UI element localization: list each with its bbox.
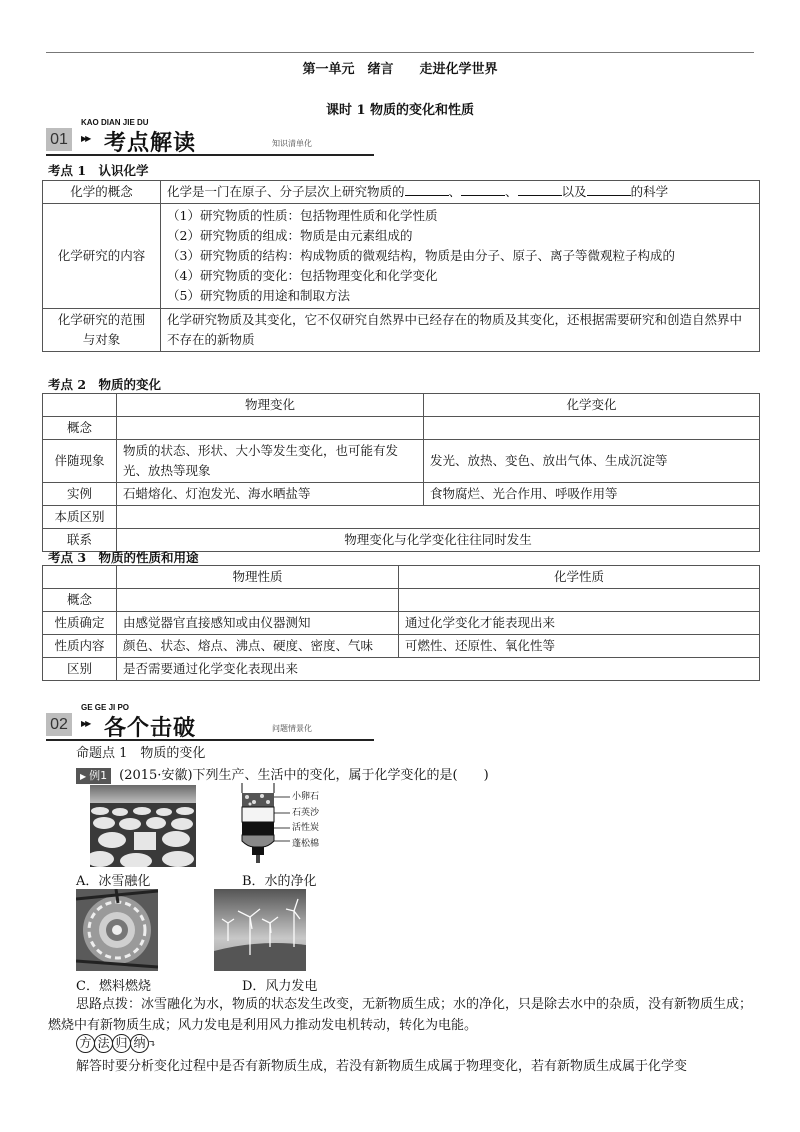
row-label: 实例: [43, 483, 117, 506]
table-row: 性质内容 颜色、状态、熔点、沸点、硬度、密度、气味 可燃性、还原性、氧化性等: [43, 635, 760, 658]
section-number: 02: [46, 713, 72, 736]
section-header-gegejipo: 02 GE GE JI PO ▶▶ 各个击破 问题情景化: [46, 703, 374, 741]
top-rule: [46, 52, 754, 53]
kaodian2-title: 考点 2 物质的变化: [48, 375, 161, 393]
proposition-title: 命题点 1 物质的变化: [76, 742, 205, 761]
double-arrow-icon: ▶▶: [81, 134, 89, 143]
fill-blank[interactable]: [587, 183, 631, 196]
row-label: 概念: [43, 589, 117, 612]
table-header-row: 物理性质 化学性质: [43, 566, 760, 589]
double-arrow-icon: ▶▶: [81, 719, 89, 728]
section-header-kaodian: 01 KAO DIAN JIE DU ▶▶ 考点解读 知识清单化: [46, 118, 374, 156]
section-number: 01: [46, 128, 72, 151]
section-subtitle: 问题情景化: [272, 723, 312, 734]
table-row: 实例 石蜡熔化、灯泡发光、海水晒盐等 食物腐烂、光合作用、呼吸作用等: [43, 483, 760, 506]
kaodian1-table: 化学的概念 化学是一门在原子、分子层次上研究物质的、、以及的科学 化学研究的内容…: [42, 180, 760, 352]
list-item: （5）研究物质的用途和制取方法: [167, 286, 753, 306]
table-row: 本质区别: [43, 506, 760, 529]
table-header-row: 物理变化 化学变化: [43, 394, 760, 417]
table-row: 概念: [43, 589, 760, 612]
fill-blank[interactable]: [405, 183, 449, 196]
row-label: 性质确定: [43, 612, 117, 635]
filter-layer-labels: 小卵石 石英沙 活性炭 蓬松棉: [292, 790, 319, 852]
section-subtitle: 知识清单化: [272, 138, 312, 149]
column-header: 物理性质: [117, 566, 399, 589]
column-header: 物理变化: [117, 394, 424, 417]
gas-burner-photo: [76, 889, 158, 971]
option-d[interactable]: D．风力发电: [242, 975, 317, 994]
water-filter-diagram: 小卵石 石英沙 活性炭 蓬松棉: [238, 783, 348, 867]
fill-cell[interactable]: [117, 589, 399, 612]
concept-cell: 化学是一门在原子、分子层次上研究物质的、、以及的科学: [161, 181, 760, 204]
lesson-title: 课时 1 物质的变化和性质: [0, 99, 800, 118]
table-row: 化学的概念 化学是一门在原子、分子层次上研究物质的、、以及的科学: [43, 181, 760, 204]
row-label: 本质区别: [43, 506, 117, 529]
solution-hint: 思路点拨：冰雪融化为水，物质的状态发生改变，无新物质生成；水的净化，只是除去水中…: [48, 994, 754, 1036]
section-name: 各个击破: [104, 711, 196, 742]
scope-cell: 化学研究物质及其变化，它不仅研究自然界中已经存在的物质及其变化，还根据需要研究和…: [161, 309, 760, 352]
table-row: 化学研究的内容 （1）研究物质的性质：包括物理性质和化学性质 （2）研究物质的组…: [43, 204, 760, 309]
wind-turbines-photo: [214, 889, 306, 971]
table-row: 区别 是否需要通过化学变化表现出来: [43, 658, 760, 681]
research-content-cell: （1）研究物质的性质：包括物理性质和化学性质 （2）研究物质的组成：物质是由元素…: [161, 204, 760, 309]
down-arrow-icon: ↴: [148, 1039, 156, 1050]
row-label: 化学研究的范围与对象: [43, 309, 161, 352]
example-question: ▶例1(2015·安徽)下列生产、生活中的变化，属于化学变化的是( ): [76, 764, 489, 784]
column-header: 化学变化: [424, 394, 760, 417]
method-text: 解答时要分析变化过程中是否有新物质生成，若没有新物质生成属于物理变化，若有新物质…: [48, 1056, 754, 1077]
fill-cell[interactable]: [399, 589, 760, 612]
column-header: 化学性质: [399, 566, 760, 589]
kaodian1-title: 考点 1 认识化学: [48, 161, 149, 179]
section-name: 考点解读: [104, 126, 196, 157]
row-label: 区别: [43, 658, 117, 681]
fill-blank[interactable]: [518, 183, 562, 196]
row-label: 化学研究的内容: [43, 204, 161, 309]
list-item: （2）研究物质的组成：物质是由元素组成的: [167, 226, 753, 246]
fill-cell[interactable]: [424, 417, 760, 440]
kaodian3-table: 物理性质 化学性质 概念 性质确定 由感觉器官直接感知或由仪器测知 通过化学变化…: [42, 565, 760, 681]
ice-floe-photo: [90, 785, 196, 867]
option-b[interactable]: B．水的净化: [242, 870, 317, 889]
method-summary-badge: 方法归纳↴: [76, 1034, 156, 1053]
table-row: 化学研究的范围与对象 化学研究物质及其变化，它不仅研究自然界中已经存在的物质及其…: [43, 309, 760, 352]
triangle-icon: ▶: [80, 772, 86, 781]
kaodian3-title: 考点 3 物质的性质和用途: [48, 548, 199, 566]
list-item: （3）研究物质的结构：构成物质的微观结构，物质是由分子、原子、离子等微观粒子构成…: [167, 246, 753, 266]
row-label: 概念: [43, 417, 117, 440]
fill-cell[interactable]: [117, 417, 424, 440]
table-row: 概念: [43, 417, 760, 440]
row-label: 伴随现象: [43, 440, 117, 483]
table-row: 伴随现象 物质的状态、形状、大小等发生变化，也可能有发光、放热等现象 发光、放热…: [43, 440, 760, 483]
option-c[interactable]: C．燃料燃烧: [76, 975, 151, 994]
table-row: 性质确定 由感觉器官直接感知或由仪器测知 通过化学变化才能表现出来: [43, 612, 760, 635]
kaodian2-table: 物理变化 化学变化 概念 伴随现象 物质的状态、形状、大小等发生变化，也可能有发…: [42, 393, 760, 552]
unit-title: 第一单元 绪言 走进化学世界: [0, 58, 800, 77]
fill-cell[interactable]: [117, 506, 760, 529]
option-a[interactable]: A．冰雪融化: [76, 870, 150, 889]
row-label: 化学的概念: [43, 181, 161, 204]
list-item: （1）研究物质的性质：包括物理性质和化学性质: [167, 206, 753, 226]
list-item: （4）研究物质的变化：包括物理变化和化学变化: [167, 266, 753, 286]
example-badge: ▶例1: [76, 768, 111, 784]
fill-blank[interactable]: [461, 183, 505, 196]
row-label: 性质内容: [43, 635, 117, 658]
